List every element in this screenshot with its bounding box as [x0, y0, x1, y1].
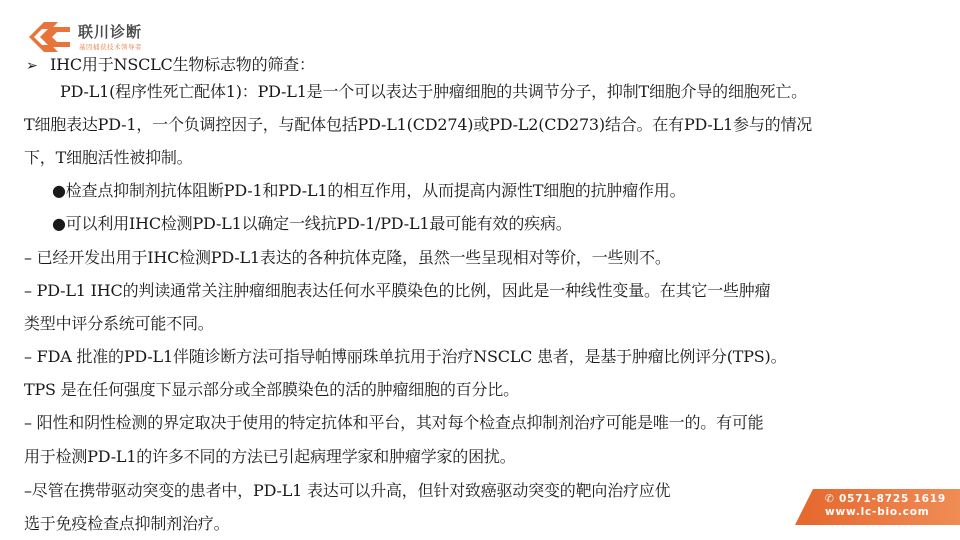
arrow-bullet-icon: ➢ — [26, 56, 50, 76]
paragraph-line: PD-L1(程序性死亡配体1)：PD-L1是一个可以表达于肿瘤细胞的共调节分子，… — [60, 82, 807, 102]
dash-item: – FDA 批准的PD-L1伴随诊断方法可指导帕博丽珠单抗用于治疗NSCLC 患… — [24, 347, 786, 367]
paragraph-line: 下，T细胞活性被抑制。 — [24, 148, 192, 168]
brand-tagline: 基因捕获技术领导者 — [79, 42, 142, 51]
company-logo: 联川诊断 基因捕获技术领导者 — [28, 20, 168, 54]
heading-text: IHC用于NSCLC生物标志物的筛查： — [50, 55, 315, 74]
paragraph-line: 选于免疫检查点抑制剂治疗。 — [24, 514, 229, 534]
slide-heading: ➢IHC用于NSCLC生物标志物的筛查： — [26, 55, 315, 76]
dash-item: – PD-L1 IHC的判读通常关注肿瘤细胞表达任何水平膜染色的比例，因此是一种… — [24, 281, 770, 301]
contact-website: www.lc-bio.com — [825, 506, 946, 519]
paragraph-line: TPS 是在任何强度下显示部分或全部膜染色的活的肿瘤细胞的百分比。 — [24, 380, 519, 400]
paragraph-line: 类型中评分系统可能不同。 — [24, 314, 214, 334]
contact-phone: ✆ 0571-8725 1619 — [825, 493, 946, 506]
dash-item: – 已经开发出用于IHC检测PD-L1表达的各种抗体克隆，虽然一些呈现相对等价，… — [24, 248, 671, 268]
dash-item: –尽管在携带驱动突变的患者中，PD-L1 表达可以升高，但针对致癌驱动突变的靶向… — [24, 481, 670, 501]
paragraph-line: 用于检测PD-L1的许多不同的方法已引起病理学家和肿瘤学家的困扰。 — [24, 447, 516, 467]
bullet-item: ●检查点抑制剂抗体阻断PD-1和PD-L1的相互作用，从而提高内源性T细胞的抗肿… — [52, 181, 685, 201]
dash-item: – 阳性和阴性检测的界定取决于使用的特定抗体和平台，其对每个检查点抑制剂治疗可能… — [24, 413, 764, 433]
bullet-item: ●可以利用IHC检测PD-L1以确定一线抗PD-1/PD-L1最可能有效的疾病。 — [52, 214, 572, 234]
lianchuan-logo-icon — [28, 22, 72, 52]
contact-banner: ✆ 0571-8725 1619 www.lc-bio.com — [795, 489, 960, 525]
brand-name: 联川诊断 — [78, 21, 142, 42]
paragraph-line: T细胞表达PD-1，一个负调控因子，与配体包括PD-L1(CD274)或PD-L… — [24, 115, 812, 135]
